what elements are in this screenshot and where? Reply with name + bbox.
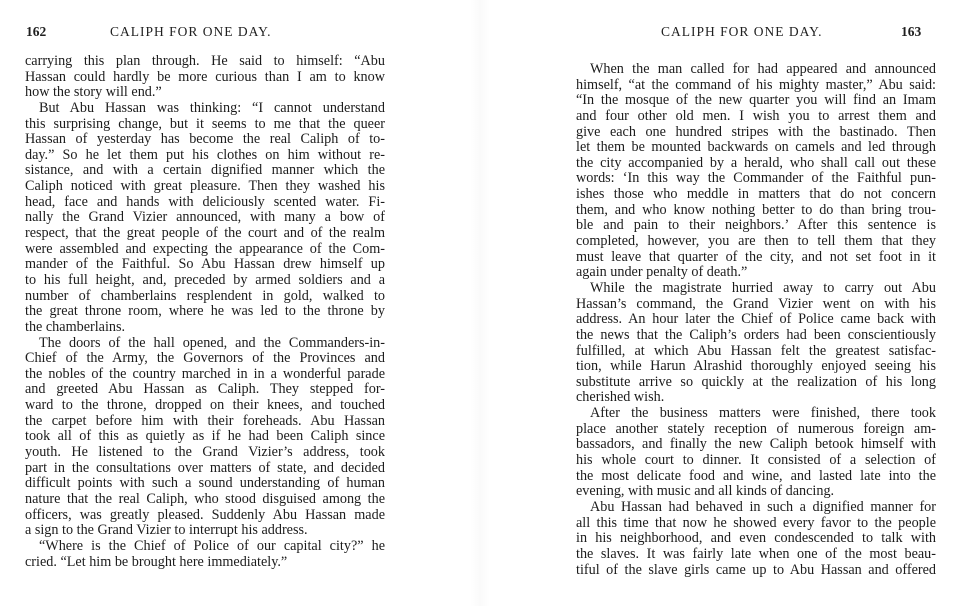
text-line: completed, however, you are then to tell… [576, 234, 936, 250]
text-line: number of chamberlains resplendent in go… [25, 289, 385, 305]
text-line: bassadors, and finally the new Caliph be… [576, 437, 936, 453]
text-line: tiful of the slave girls came up to Abu … [576, 563, 936, 579]
text-line: all this time that now he showed every f… [576, 516, 936, 532]
text-line: nally the Grand Vizier announced, with m… [25, 210, 385, 226]
text-line: words: ‘In this way the Commander of the… [576, 171, 936, 187]
text-line: Hassan of yesterday has become the real … [25, 132, 385, 148]
text-line: the news that the Caliph’s orders had be… [576, 328, 936, 344]
text-line: Abu Hassan had behaved in such a dignifi… [576, 500, 936, 516]
text-line: them, and who know nothing better to do … [576, 203, 936, 219]
text-line: took all of this as quietly as if he had… [25, 429, 385, 445]
text-line: how the story will end.” [25, 85, 385, 101]
text-line: difficult points with such a sound under… [25, 476, 385, 492]
text-line: his whole court to dinner. It consisted … [576, 453, 936, 469]
text-line: “In the mosque of the new quarter you wi… [576, 93, 936, 109]
text-line: the chamberlains. [25, 320, 385, 336]
text-line: tion, while Harun Alrashid thoroughly en… [576, 359, 936, 375]
text-line: must leave that quarter of the city, and… [576, 250, 936, 266]
text-line: cried. “Let him be brought here immediat… [25, 555, 385, 571]
text-line: the slaves. It was fairly late when one … [576, 547, 936, 563]
text-line: respect, that the great people of the co… [25, 226, 385, 242]
book-spread: 162 CALIPH FOR ONE DAY. carrying this pl… [0, 0, 960, 606]
text-line: youth. He listened to the Grand Vizier’s… [25, 445, 385, 461]
text-line: “Where is the Chief of Police of our cap… [25, 539, 385, 555]
text-line: ble and pain to their neighbors.’ After … [576, 218, 936, 234]
text-line: head, face and hands with deliciously sc… [25, 195, 385, 211]
text-line: Chief of the Army, the Governors of the … [25, 351, 385, 367]
page-body: When the man called for had appeared and… [576, 62, 936, 578]
text-line: While the magistrate hurried away to car… [576, 281, 936, 297]
text-line: mander of the Faithful. So Abu Hassan dr… [25, 257, 385, 273]
text-line: officers, was greatly pleased. Suddenly … [25, 508, 385, 524]
text-line: the nobles of the country marched in in … [25, 367, 385, 383]
text-line: were assembled and expecting the appeara… [25, 242, 385, 258]
text-line: the most delicate food and wine, and las… [576, 469, 936, 485]
left-page: 162 CALIPH FOR ONE DAY. carrying this pl… [0, 0, 480, 606]
text-line: But Abu Hassan was thinking: “I cannot u… [25, 101, 385, 117]
text-line: Hassan could hardly be more curious than… [25, 70, 385, 86]
text-line: to his full height, and, preceded by arm… [25, 273, 385, 289]
text-line: Caliph noticed with great pleasure. Then… [25, 179, 385, 195]
text-line: this surprising change, but it seems to … [25, 117, 385, 133]
text-line: and four other old men. I wish you to ar… [576, 109, 936, 125]
text-line: The doors of the hall opened, and the Co… [25, 336, 385, 352]
text-line: a sign to the Grand Vizier to interrupt … [25, 523, 385, 539]
running-header: CALIPH FOR ONE DAY. [661, 24, 823, 40]
text-line: the city accompanied by a herald, who sh… [576, 156, 936, 172]
text-line: address. An hour later the Chief of Poli… [576, 312, 936, 328]
page-number: 163 [901, 24, 921, 40]
text-line: Hassan’s command, the Grand Vizier went … [576, 297, 936, 313]
text-line: substitute arrive so quickly at the real… [576, 375, 936, 391]
text-line: ishes those who meddle in matters that d… [576, 187, 936, 203]
text-line: again under penalty of death.” [576, 265, 936, 281]
text-line: the great throne room, where he was led … [25, 304, 385, 320]
text-line: give each one hundred stripes with the b… [576, 125, 936, 141]
text-line: and greeted Abu Hassan as Caliph. They s… [25, 382, 385, 398]
page-body: carrying this plan through. He said to h… [25, 54, 385, 570]
text-line: day.” So he let them put his clothes on … [25, 148, 385, 164]
running-header: CALIPH FOR ONE DAY. [110, 24, 272, 40]
text-line: carrying this plan through. He said to h… [25, 54, 385, 70]
text-line: himself, “at the command of his mighty m… [576, 78, 936, 94]
text-line: After the business matters were finished… [576, 406, 936, 422]
right-page: CALIPH FOR ONE DAY. 163 When the man cal… [480, 0, 960, 606]
text-line: in his neighborhood, and even condescend… [576, 531, 936, 547]
text-line: evening, with music and all kinds of dan… [576, 484, 936, 500]
page-number: 162 [26, 24, 46, 40]
text-line: nature that the real Caliph, who stood d… [25, 492, 385, 508]
text-line: sistance, and with a certain dignified m… [25, 163, 385, 179]
text-line: let them be mounted backwards on camels … [576, 140, 936, 156]
text-line: When the man called for had appeared and… [576, 62, 936, 78]
text-line: the carpet before him with their forehea… [25, 414, 385, 430]
text-line: place another stately reception of numer… [576, 422, 936, 438]
text-line: part in the consultations over matters o… [25, 461, 385, 477]
text-line: fulfilled, at which Abu Hassan felt the … [576, 344, 936, 360]
text-line: ward to the throne, dropped on their kne… [25, 398, 385, 414]
text-line: cherished wish. [576, 390, 936, 406]
